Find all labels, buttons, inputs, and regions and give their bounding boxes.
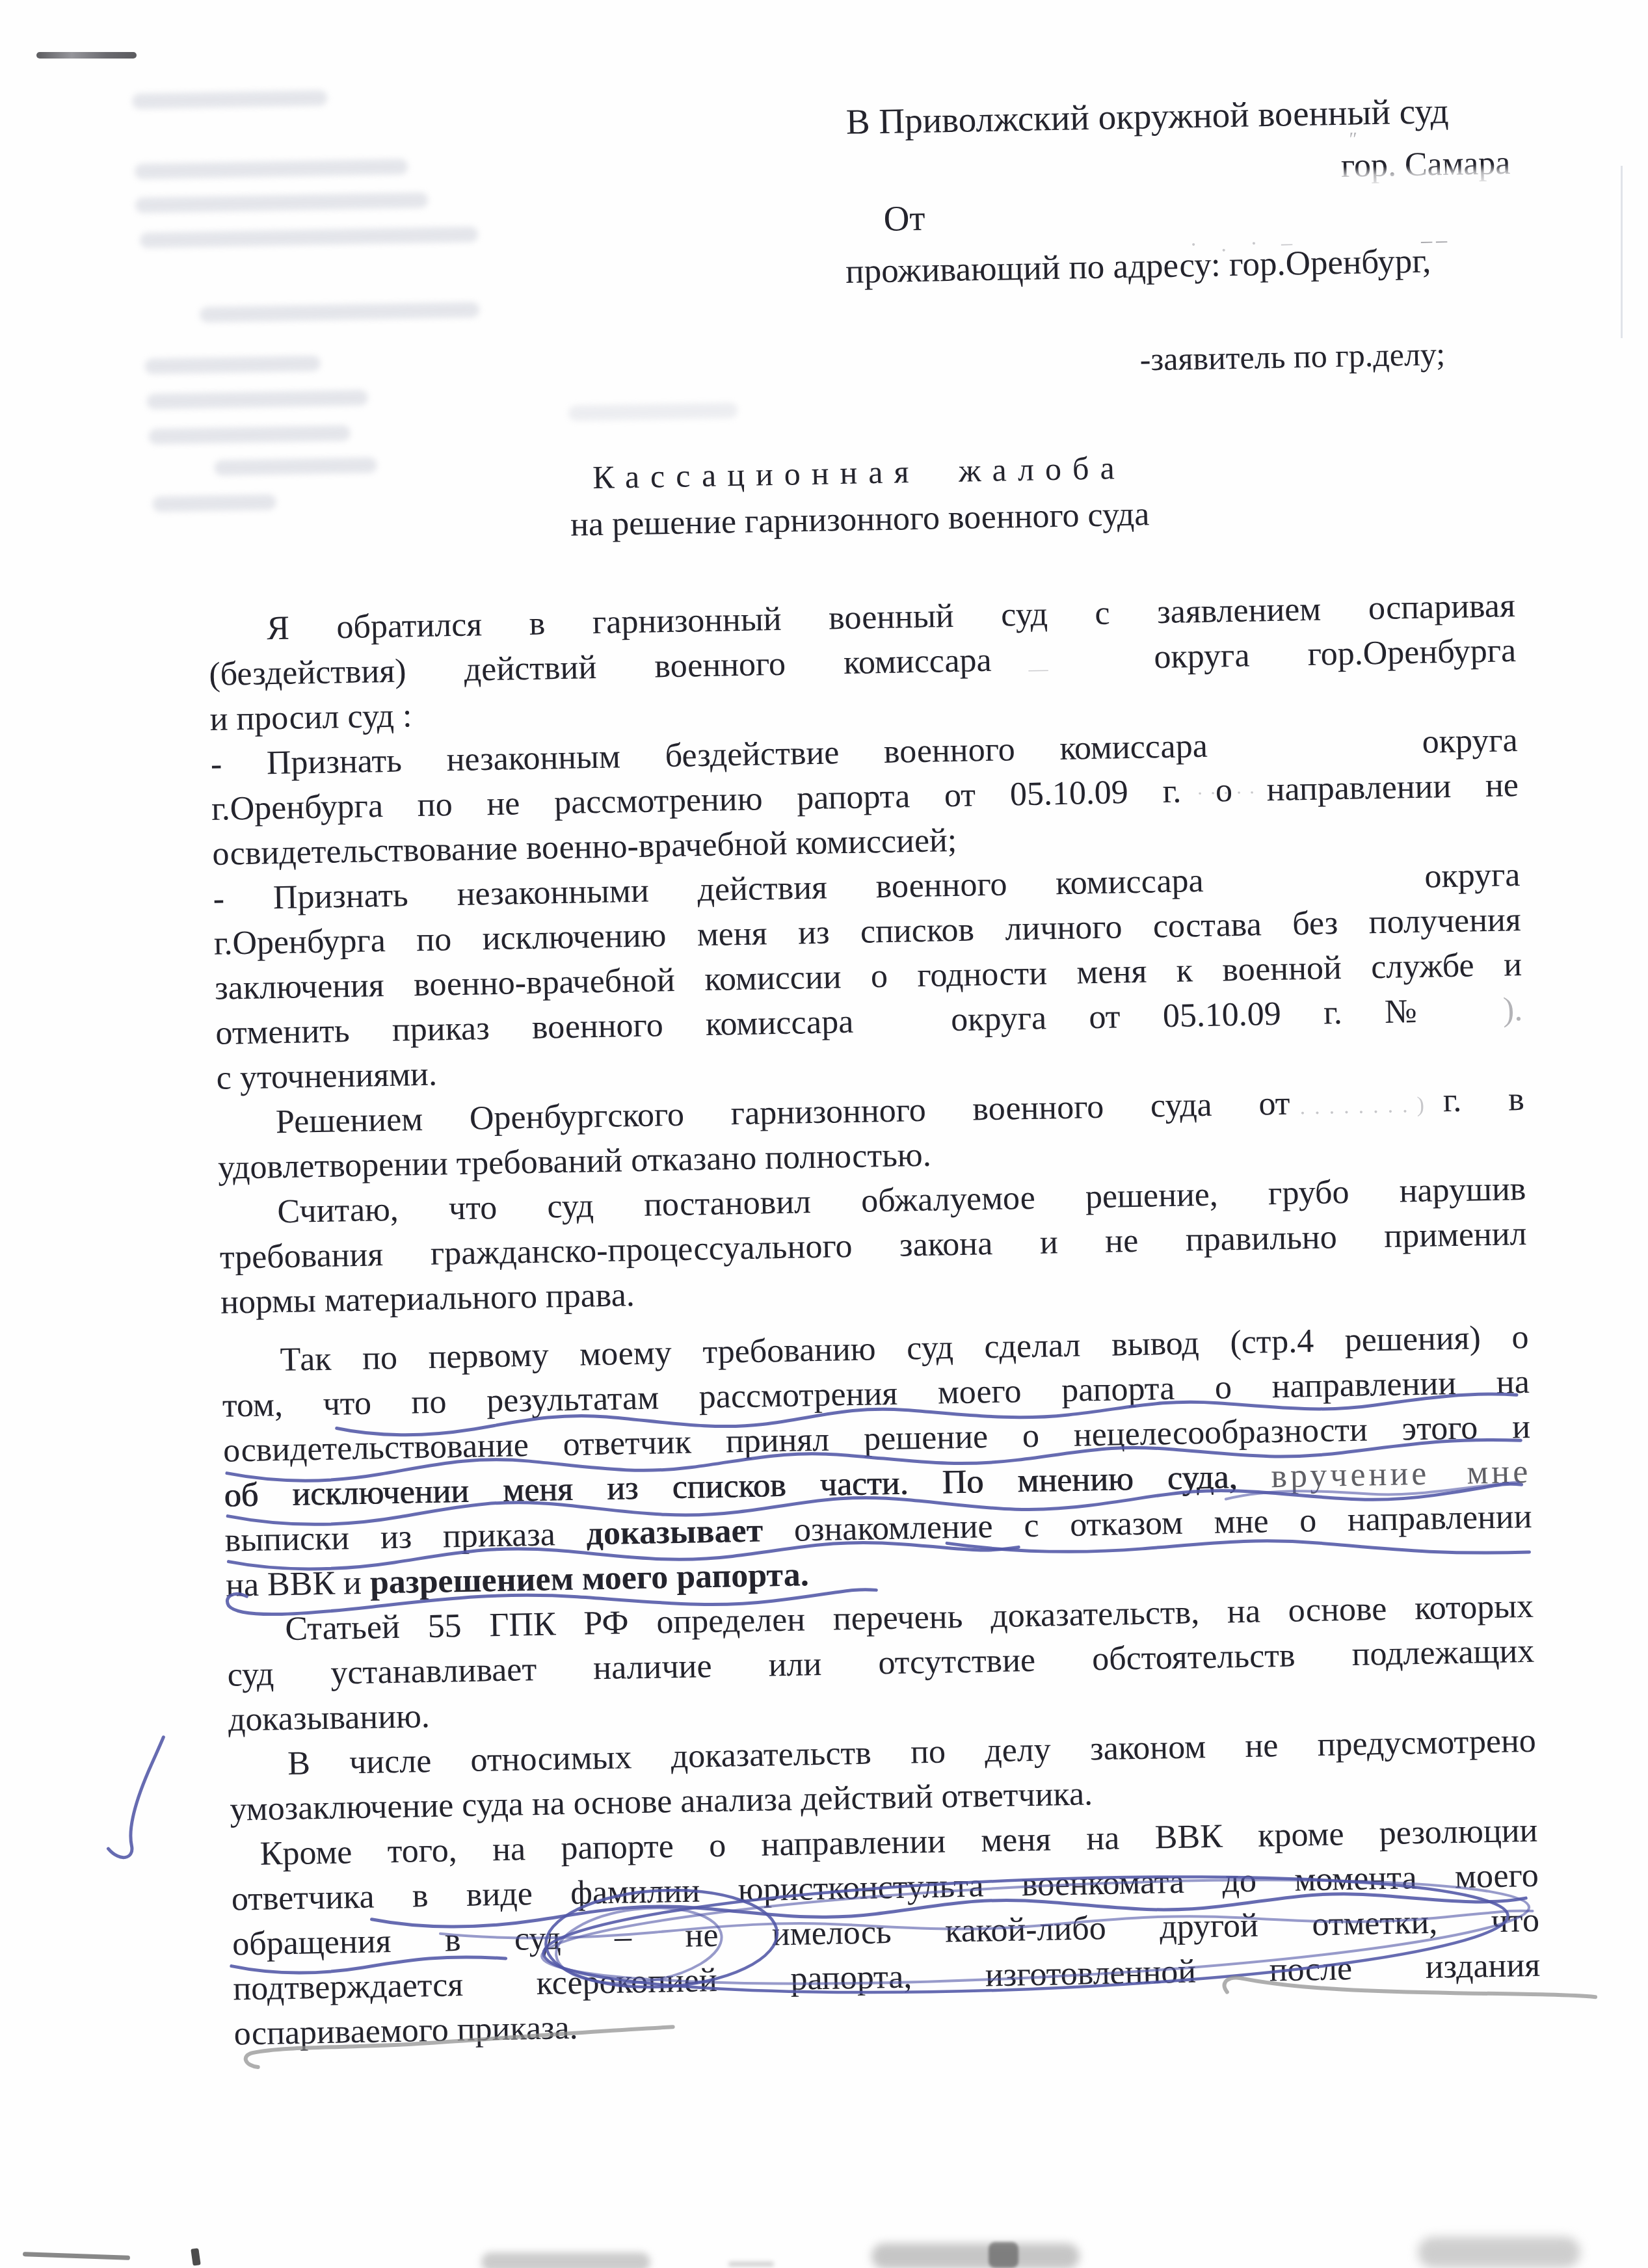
page-edge-shadow — [1621, 166, 1623, 338]
bleed-through-ghost — [135, 159, 408, 179]
bleed-through-ghost — [140, 226, 478, 248]
bleed-through-ghost — [144, 356, 320, 375]
redacted-gap — [1451, 1021, 1503, 1022]
bleed-through-ghost — [200, 302, 479, 323]
header-city-line: гор. Самара — [847, 144, 1511, 194]
bleed-through-ghost — [132, 90, 327, 109]
scanned-document-page: В Приволжский окружной военный суд гор. … — [0, 0, 1648, 2268]
gap-remnant-dots: ····· — [1197, 782, 1262, 805]
bleed-through-ghost — [146, 389, 367, 409]
scan-smudge — [728, 2261, 774, 2267]
header-court-line: В Приволжский окружной военный суд — [845, 90, 1448, 142]
bleed-through-ghost — [568, 402, 738, 421]
bleed-through-ghost — [135, 192, 428, 213]
redacted-gap — [854, 1031, 951, 1033]
margin-tick-mark — [106, 1737, 165, 1858]
scan-smudge — [871, 2243, 1080, 2268]
header-address-line: проживающий по адресу: гор.Оренбург, — [845, 241, 1431, 291]
redacted-gap — [1208, 753, 1422, 757]
document-content: В Приволжский окружной военный суд гор. … — [0, 0, 1648, 2268]
document-body: Я обратился в гарнизонный военный суд с … — [208, 583, 1542, 2056]
gap-remnant-dash: — — [1028, 658, 1048, 681]
header-from-label: От — [883, 198, 925, 239]
scan-smudge — [1418, 2237, 1580, 2268]
header-role-line: -заявитель по гр.делу; — [1139, 335, 1445, 378]
scan-smudge — [989, 2242, 1018, 2268]
erased-number-remnant: ). — [1502, 991, 1522, 1029]
scan-smudge — [481, 2252, 650, 2268]
redacted-gap — [1204, 888, 1425, 891]
scan-speck: ″ — [1349, 128, 1357, 150]
bleed-through-ghost — [148, 425, 350, 445]
erased-date-remnant: ........) — [1299, 1093, 1433, 1120]
redacted-gap — [992, 668, 1154, 671]
